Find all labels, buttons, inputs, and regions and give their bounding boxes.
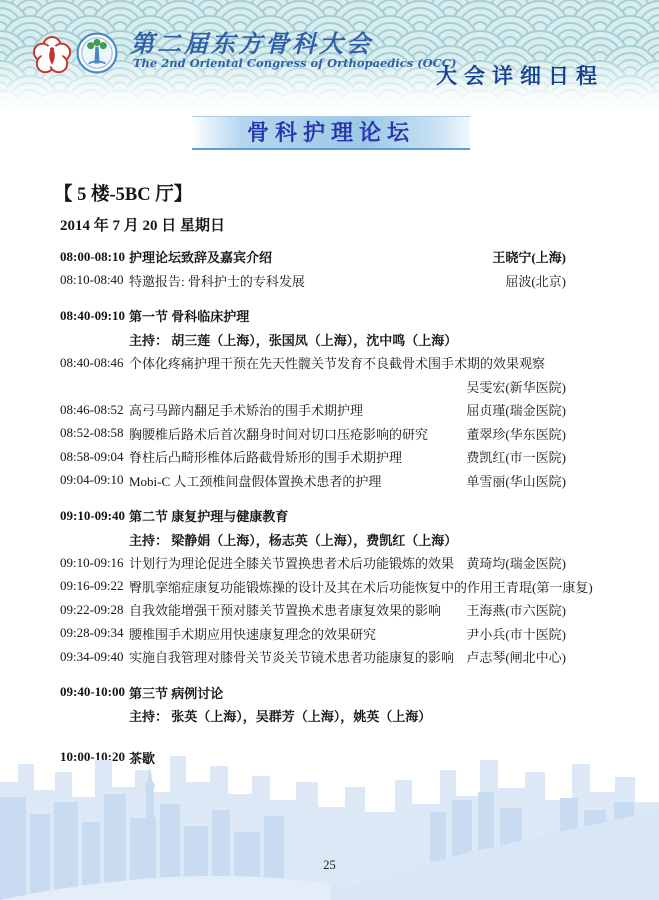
- page-number: 25: [0, 858, 659, 873]
- schedule-row: 09:16-09:22 臀肌挛缩症康复功能锻炼操的设计及其在术后功能恢复中的作用…: [60, 575, 566, 599]
- forum-banner-title: 骨科护理论坛: [192, 116, 470, 150]
- speaker-cell: 王海燕(市六医院): [466, 600, 566, 619]
- tree-circle-emblem-icon: [76, 31, 118, 75]
- time-cell: 08:00-08:10: [60, 249, 129, 265]
- topic-cell: 主持： 胡三莲（上海），张国凤（上海），沈中鸣（上海）: [129, 330, 566, 349]
- topic-cell: 个体化疼痛护理干预在先天性髋关节发育不良截骨术围手术期的效果观察: [129, 353, 566, 372]
- topic-cell: 胸腰椎后路术后首次翻身时间对切口压疮影响的研究: [129, 424, 466, 443]
- topic-cell: 脊柱后凸畸形椎体后路截骨矫形的围手术期护理: [129, 447, 466, 466]
- time-cell: 08:46-08:52: [60, 402, 129, 418]
- schedule-row: 08:00-08:10 护理论坛致辞及嘉宾介绍 王晓宁(上海): [60, 245, 566, 269]
- schedule-label: 大会详细日程: [436, 60, 604, 90]
- section-gap: [60, 669, 566, 681]
- session-header-row: 09:10-09:40 第二节 康复护理与健康教育: [60, 504, 566, 528]
- section-gap: [60, 728, 566, 746]
- schedule-table: 08:00-08:10 护理论坛致辞及嘉宾介绍 王晓宁(上海) 08:10-08…: [60, 245, 566, 769]
- topic-cell: 腰椎围手术期应用快速康复理念的效果研究: [129, 624, 466, 643]
- topic-cell: 计划行为理论促进全膝关节置换患者术后功能锻炼的效果: [129, 553, 466, 572]
- topic-cell: 第一节 骨科临床护理: [129, 306, 566, 325]
- topic-cell: 第二节 康复护理与健康教育: [129, 506, 566, 525]
- topic-cell: Mobi-C 人工颈椎间盘假体置换术患者的护理: [129, 471, 466, 490]
- time-cell: 09:28-09:34: [60, 625, 129, 641]
- session-header-row: 08:40-09:10 第一节 骨科临床护理: [60, 304, 566, 328]
- schedule-row: 09:28-09:34 腰椎围手术期应用快速康复理念的效果研究 尹小兵(市十医院…: [60, 622, 566, 646]
- speaker-cell: 王青琨(第一康复): [493, 577, 593, 596]
- schedule-row: 09:04-09:10 Mobi-C 人工颈椎间盘假体置换术患者的护理 单雪丽(…: [60, 469, 566, 493]
- schedule-row: 08:10-08:40 特邀报告: 骨科护士的专科发展 屈波(北京): [60, 269, 566, 293]
- speaker-cell: 卢志琴(闸北中心): [466, 647, 566, 666]
- page-header: 第二届东方骨科大会 The 2nd Oriental Congress of O…: [0, 0, 659, 112]
- topic-cell: 实施自我管理对膝骨关节炎关节镜术患者功能康复的影响: [129, 647, 466, 666]
- venue-heading: 【 5 楼-5BC 厅】: [54, 180, 192, 206]
- topic-cell: 特邀报告: 骨科护士的专科发展: [129, 271, 505, 290]
- time-cell: 09:10-09:40: [60, 508, 129, 524]
- schedule-row: 08:58-09:04 脊柱后凸畸形椎体后路截骨矫形的围手术期护理 费凯红(市一…: [60, 445, 566, 469]
- date-heading: 2014 年 7 月 20 日 星期日: [60, 214, 225, 235]
- topic-cell: 第三节 病例讨论: [129, 683, 566, 702]
- speaker-cell: 费凯红(市一医院): [466, 447, 566, 466]
- speaker-cell: 董翠珍(华东医院): [466, 424, 566, 443]
- city-skyline-watermark: [0, 752, 659, 900]
- time-cell: 09:40-10:00: [60, 684, 129, 700]
- hosts-row: 主持： 胡三莲（上海），张国凤（上海），沈中鸣（上海）: [60, 328, 566, 352]
- section-gap: [60, 492, 566, 504]
- topic-cell: 主持： 张英（上海），吴群芳（上海），姚英（上海）: [129, 706, 566, 725]
- time-cell: 09:34-09:40: [60, 649, 129, 665]
- section-gap: [60, 292, 566, 304]
- hosts-row: 主持： 梁静娟（上海），杨志英（上海），费凯红（上海）: [60, 528, 566, 552]
- time-cell: 09:04-09:10: [60, 472, 129, 488]
- time-cell: 08:52-08:58: [60, 425, 129, 441]
- schedule-row: 08:52-08:58 胸腰椎后路术后首次翻身时间对切口压疮影响的研究 董翠珍(…: [60, 422, 566, 446]
- time-cell: 08:40-09:10: [60, 308, 129, 324]
- time-cell: 08:10-08:40: [60, 272, 129, 288]
- topic-cell: 自我效能增强干预对膝关节置换术患者康复效果的影响: [129, 600, 466, 619]
- speaker-cell: 黄琦均(瑞金医院): [466, 553, 566, 572]
- speaker-cell: 单雪丽(华山医院): [466, 471, 566, 490]
- topic-cell: 主持： 梁静娟（上海），杨志英（上海），费凯红（上海）: [129, 530, 566, 549]
- time-cell: 08:58-09:04: [60, 449, 129, 465]
- speaker-cell: 尹小兵(市十医院): [466, 624, 566, 643]
- topic-cell: 护理论坛致辞及嘉宾介绍: [129, 247, 492, 266]
- hosts-row: 主持： 张英（上海），吴群芳（上海），姚英（上海）: [60, 704, 566, 728]
- time-cell: 09:22-09:28: [60, 602, 129, 618]
- schedule-row: 09:10-09:16 计划行为理论促进全膝关节置换患者术后功能锻炼的效果 黄琦…: [60, 551, 566, 575]
- speaker-cell: 王晓宁(上海): [492, 247, 566, 266]
- topic-cell: 高弓马蹄内翻足手术矫治的围手术期护理: [129, 400, 466, 419]
- congress-title-en: The 2nd Oriental Congress of Orthopaedic…: [133, 56, 456, 70]
- plum-blossom-medical-emblem-icon: [33, 36, 71, 78]
- speaker-cell: 屈贞瑾(瑞金医院): [466, 400, 566, 419]
- schedule-row: 09:34-09:40 实施自我管理对膝骨关节炎关节镜术患者功能康复的影响 卢志…: [60, 645, 566, 669]
- schedule-row: 09:22-09:28 自我效能增强干预对膝关节置换术患者康复效果的影响 王海燕…: [60, 598, 566, 622]
- speaker-cell: 吴雯宏(新华医院): [466, 377, 566, 396]
- program-page: 第二届东方骨科大会 The 2nd Oriental Congress of O…: [0, 0, 659, 900]
- congress-title-cn: 第二届东方骨科大会: [130, 24, 373, 59]
- speaker-cell: 屈波(北京): [505, 271, 566, 290]
- schedule-row: 08:40-08:46 个体化疼痛护理干预在先天性髋关节发育不良截骨术围手术期的…: [60, 351, 566, 375]
- time-cell: 09:10-09:16: [60, 555, 129, 571]
- session-header-row: 09:40-10:00 第三节 病例讨论: [60, 681, 566, 705]
- speaker-overflow-row: 吴雯宏(新华医院): [60, 375, 566, 399]
- time-cell: 08:40-08:46: [60, 355, 129, 371]
- time-cell: 09:16-09:22: [60, 578, 129, 594]
- schedule-row: 08:46-08:52 高弓马蹄内翻足手术矫治的围手术期护理 屈贞瑾(瑞金医院): [60, 398, 566, 422]
- topic-cell: 臀肌挛缩症康复功能锻炼操的设计及其在术后功能恢复中的作用: [129, 577, 493, 596]
